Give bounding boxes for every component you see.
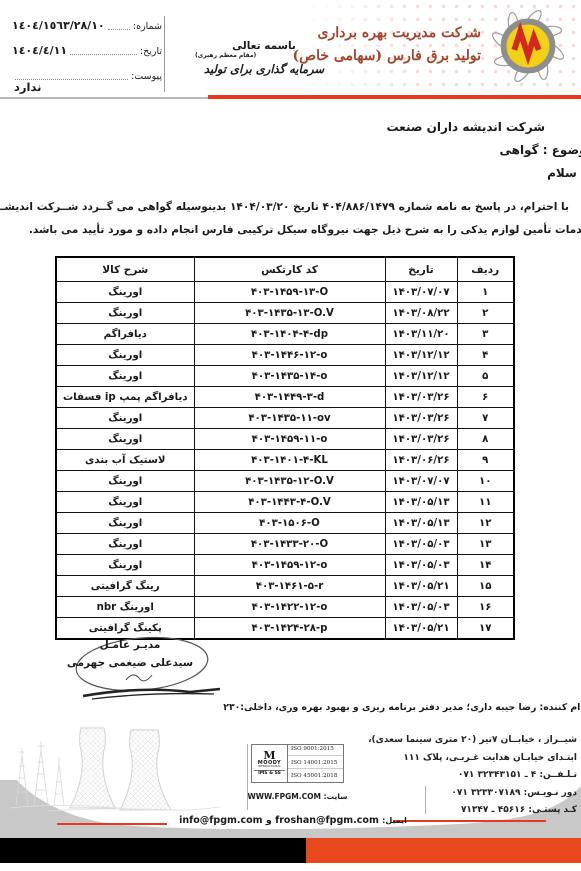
subject-line: موضوع : گواهی xyxy=(500,143,581,157)
cartex-code-cell: ۴۰۳-۱۴۴۶-۱۲-o xyxy=(194,345,385,366)
website-label: سایت: xyxy=(324,792,348,801)
phone-label: تـلـفــن: xyxy=(539,770,577,780)
cartex-code-cell: ۴۰۳-۱۴۴۳-۴-O.V xyxy=(194,492,385,513)
table-row: ۸ ۱۴۰۳/۰۳/۲۶ ۴۰۳-۱۴۵۹-۱۱-o اورینگ xyxy=(56,429,514,450)
table-header-row: ردیف تاریخ کد کارتکس شرح کالا xyxy=(56,257,514,282)
year-slogan: سرمایه گذاری برای تولید xyxy=(204,62,324,76)
date-cell: ۱۴۰۳/۰۷/۰۷ xyxy=(385,282,457,303)
row-number-cell: ۱۳ xyxy=(457,534,514,555)
parts-table: ردیف تاریخ کد کارتکس شرح کالا ۱ ۱۴۰۳/۰۷/… xyxy=(55,256,515,640)
row-number-cell: ۹ xyxy=(457,450,514,471)
postal-label: کـد پستـی: xyxy=(528,805,577,815)
table-row: ۱۳ ۱۴۰۳/۰۵/۰۳ ۴۰۳-۱۴۳۳-۲۰-O اورینگ xyxy=(56,534,514,555)
header-item-description: شرح کالا xyxy=(56,257,194,282)
salutation-line: با سلام xyxy=(547,166,581,180)
table-row: ۹ ۱۴۰۳/۰۶/۲۶ ۴۰۳-۱۴۰۱-۴-KL لاستیک آب بند… xyxy=(56,450,514,471)
letter-date-label: تاریخ: xyxy=(140,46,162,57)
signer-name: سیدعلی ضیغمی جهرمی xyxy=(30,657,230,669)
recipient-line: شرکت اندیشه داران صنعت xyxy=(386,120,545,134)
header-rule-gray xyxy=(0,97,220,99)
email-address-froshan[interactable]: froshan@fpgm.com xyxy=(275,815,379,826)
cartex-code-cell: ۴۰۳-۱۴۵۹-۱۱-o xyxy=(194,429,385,450)
table-row: ۴ ۱۴۰۳/۱۲/۱۲ ۴۰۳-۱۴۴۶-۱۲-o اورینگ xyxy=(56,345,514,366)
row-number-cell: ۱۵ xyxy=(457,576,514,597)
date-cell: ۱۴۰۳/۰۵/۲۱ xyxy=(385,576,457,597)
pylons-watermark xyxy=(16,741,64,806)
iso-list: ISO 9001:2015 ISO 14001:2015 ISO 45001:2… xyxy=(288,745,343,782)
date-cell: ۱۴۰۳/۰۵/۰۳ xyxy=(385,555,457,576)
cartex-code-cell: ۴۰۳-۱۴۴۹-۳-d xyxy=(194,387,385,408)
row-number-cell: ۱۴ xyxy=(457,555,514,576)
postal-code: ۷۱۳۴۷ ـ ۴۵۶۱۶ xyxy=(461,802,525,820)
table-body: ۱ ۱۴۰۳/۰۷/۰۷ ۴۰۳-۱۴۵۹-۱۳-O اورینگ ۲ ۱۴۰۳… xyxy=(56,282,514,640)
date-cell: ۱۴۰۳/۰۵/۲۱ xyxy=(385,618,457,640)
phone-number: ۰۷۱ ۳۲۳۴۳۱۵۱ ـ ۴ xyxy=(458,767,536,785)
fax-label: دور نـویـس: xyxy=(524,788,577,798)
row-number-cell: ۴ xyxy=(457,345,514,366)
date-cell: ۱۴۰۳/۰۶/۲۶ xyxy=(385,450,457,471)
table-row: ۱۱ ۱۴۰۳/۰۵/۱۳ ۴۰۳-۱۴۴۳-۴-O.V اورینگ xyxy=(56,492,514,513)
bottom-bar-orange xyxy=(306,838,581,863)
cartex-code-cell: ۴۰۳-۱۴۳۵-۱۲-O.V xyxy=(194,471,385,492)
row-number-cell: ۸ xyxy=(457,429,514,450)
letter-date-value: ١٤٠٤/٤/١١ xyxy=(12,44,67,57)
date-cell: ۱۴۰۳/۰۵/۰۳ xyxy=(385,534,457,555)
website-line: سایت: WWW.FPGM.COM xyxy=(240,792,355,801)
letter-number-value: ١٤٠٤/١٥٦٣/٢٨/١٠ xyxy=(12,19,105,32)
item-description-cell: دیافراگم پمپ ip فسفات xyxy=(56,387,194,408)
address-block: شیــراز ، خیابــان ۷تیر (۲۰ متری سینما س… xyxy=(368,732,577,820)
date-cell: ۱۴۰۳/۱۲/۱۲ xyxy=(385,366,457,387)
dotted-leader xyxy=(70,54,137,55)
date-cell: ۱۴۰۳/۰۳/۲۶ xyxy=(385,429,457,450)
cartex-code-cell: ۴۰۳-۱۴۶۱-۵-r xyxy=(194,576,385,597)
item-description-cell: اورینگ xyxy=(56,429,194,450)
item-description-cell: اورینگ xyxy=(56,471,194,492)
iso-entry: ISO 9001:2015 xyxy=(288,747,343,756)
table-row: ۵ ۱۴۰۳/۱۲/۱۲ ۴۰۳-۱۴۳۵-۱۴-o اورینگ xyxy=(56,366,514,387)
letter-number-row: شماره: ١٤٠٤/١٥٦٣/٢٨/١٠ xyxy=(12,16,162,32)
table-row: ۶ ۱۴۰۳/۰۳/۲۶ ۴۰۳-۱۴۴۹-۳-d دیافراگم پمپ i… xyxy=(56,387,514,408)
row-number-cell: ۱ xyxy=(457,282,514,303)
besmeleh-text: باسمه تعالی xyxy=(193,40,335,52)
date-cell: ۱۴۰۳/۰۳/۲۶ xyxy=(385,408,457,429)
row-number-cell: ۱۷ xyxy=(457,618,514,640)
item-description-cell: اورینگ xyxy=(56,555,194,576)
item-description-cell: اورینگ xyxy=(56,408,194,429)
row-number-cell: ۷ xyxy=(457,408,514,429)
table-row: ۳ ۱۴۰۳/۱۱/۲۰ ۴۰۳-۱۴۰۴-۴-dp دیافراگم xyxy=(56,324,514,345)
address-line1: شیــراز ، خیابــان ۷تیر (۲۰ متری سینما س… xyxy=(368,732,577,750)
table-row: ۱۰ ۱۴۰۳/۰۷/۰۷ ۴۰۳-۱۴۳۵-۱۲-O.V اورینگ xyxy=(56,471,514,492)
slogan-note: (مقام معظم رهبری) xyxy=(195,52,256,59)
action-officer-line: اقدام کننده: رضا جیبه داری؛ مدیر دفتر بر… xyxy=(223,702,581,713)
date-cell: ۱۴۰۳/۱۲/۱۲ xyxy=(385,345,457,366)
cartex-code-cell: ۴۰۳-۱۴۵۹-۱۲-o xyxy=(194,555,385,576)
letter-number-label: شماره: xyxy=(133,21,162,32)
attachment-label: پیوست: xyxy=(131,71,162,82)
date-cell: ۱۴۰۳/۰۵/۱۳ xyxy=(385,513,457,534)
iso-entry: ISO 45001:2018 xyxy=(288,773,343,780)
footer-red-underline-left xyxy=(57,823,167,825)
cartex-code-cell: ۴۰۳-۱۴۳۳-۲۰-O xyxy=(194,534,385,555)
meta-divider xyxy=(164,16,165,92)
company-logo-icon xyxy=(487,5,569,87)
table-row: ۱۴ ۱۴۰۳/۰۵/۰۳ ۴۰۳-۱۴۵۹-۱۲-o اورینگ xyxy=(56,555,514,576)
cartex-code-cell: ۴۰۳-۱۵۰۶-O xyxy=(194,513,385,534)
fax-number: ۰۷۱ ۳۲۳۳۰۷۱۸۹ xyxy=(451,785,520,803)
header-date: تاریخ xyxy=(385,257,457,282)
item-description-cell: اورینگ xyxy=(56,534,194,555)
cartex-code-cell: ۴۰۳-۱۴۰۱-۴-KL xyxy=(194,450,385,471)
iso-certification-box: M MOODY INTERNATIONAL IMS & SS ISO 9001:… xyxy=(251,744,344,783)
item-description-cell: اورینگ xyxy=(56,366,194,387)
item-description-cell: اورینگ xyxy=(56,303,194,324)
signer-title: مدیـر عامـل xyxy=(30,639,230,651)
item-description-cell: لاستیک آب بندی xyxy=(56,450,194,471)
row-number-cell: ۱۱ xyxy=(457,492,514,513)
row-number-cell: ۵ xyxy=(457,366,514,387)
email-label: ایمیل: xyxy=(382,816,407,825)
row-number-cell: ۳ xyxy=(457,324,514,345)
table-row: ۱۶ ۱۴۰۳/۰۵/۰۳ ۴۰۳-۱۴۲۲-۱۲-o اورینگ nbr xyxy=(56,597,514,618)
item-description-cell: اورینگ xyxy=(56,345,194,366)
row-number-cell: ۱۲ xyxy=(457,513,514,534)
letter-date-row: تاریخ: ١٤٠٤/٤/١١ xyxy=(12,41,162,57)
moody-ims: IMS & SS xyxy=(254,770,286,777)
moody-subtitle: INTERNATIONAL xyxy=(258,766,281,769)
fax-line: دور نـویـس: ۰۷۱ ۳۲۳۳۰۷۱۸۹ xyxy=(368,785,577,803)
table-row: ۱ ۱۴۰۳/۰۷/۰۷ ۴۰۳-۱۴۵۹-۱۳-O اورینگ xyxy=(56,282,514,303)
table-row: ۷ ۱۴۰۳/۰۳/۲۶ ۴۰۳-۱۴۳۵-۱۱-ov اورینگ xyxy=(56,408,514,429)
website-url[interactable]: WWW.FPGM.COM xyxy=(247,792,321,801)
item-description-cell: اورینگ nbr xyxy=(56,597,194,618)
bottom-bar-black xyxy=(0,838,306,863)
header-rule-red xyxy=(208,95,581,99)
date-cell: ۱۴۰۳/۰۷/۰۷ xyxy=(385,471,457,492)
table-row: ۲ ۱۴۰۳/۰۸/۲۲ ۴۰۳-۱۴۳۵-۱۳-O.V اورینگ xyxy=(56,303,514,324)
iso-entry: ISO 14001:2015 xyxy=(288,760,343,770)
item-description-cell: دیافراگم xyxy=(56,324,194,345)
cartex-code-cell: ۴۰۳-۱۴۲۲-۱۲-o xyxy=(194,597,385,618)
row-number-cell: ۲ xyxy=(457,303,514,324)
address-line2: ابتـدای خیابـان هدایت غـربـی، پلاک ۱۱۱ xyxy=(368,750,577,768)
date-cell: ۱۴۰۳/۰۳/۲۶ xyxy=(385,387,457,408)
header-row-number: ردیف xyxy=(457,257,514,282)
scanned-letter-page: شرکت مدیریت بهره برداری تولید برق فارس (… xyxy=(0,0,581,871)
row-number-cell: ۶ xyxy=(457,387,514,408)
signature-block: مدیـر عامـل سیدعلی ضیغمی جهرمی xyxy=(30,634,230,712)
moody-logo: M MOODY INTERNATIONAL IMS & SS xyxy=(252,745,288,782)
header-cartex-code: کد کارتکس xyxy=(194,257,385,282)
table-row: ۱۵ ۱۴۰۳/۰۵/۲۱ ۴۰۳-۱۴۶۱-۵-r رینگ گرافیتی xyxy=(56,576,514,597)
item-description-cell: اورینگ xyxy=(56,492,194,513)
powerplant-watermark xyxy=(8,726,220,812)
table-row: ۱۲ ۱۴۰۳/۰۵/۱۳ ۴۰۳-۱۵۰۶-O اورینگ xyxy=(56,513,514,534)
email-conjunction: و xyxy=(266,815,272,826)
date-cell: ۱۴۰۳/۱۱/۲۰ xyxy=(385,324,457,345)
date-cell: ۱۴۰۳/۰۵/۰۳ xyxy=(385,597,457,618)
body-paragraph-line2: خدمات تأمین لوازم یدکی را به شرح ذیل جهت… xyxy=(29,224,581,236)
email-line: ایمیل: froshan@fpgm.com و info@fpgm.com xyxy=(168,815,418,826)
dotted-leader xyxy=(108,29,130,30)
row-number-cell: ۱۶ xyxy=(457,597,514,618)
cartex-code-cell: ۴۰۳-۱۴۳۵-۱۴-o xyxy=(194,366,385,387)
body-paragraph-line1: با احترام، در پاسخ به نامه شماره ۴۰۴/۸۸۶… xyxy=(0,201,569,213)
besmeleh-block: باسمه تعالی (مقام معظم رهبری) سرمایه گذا… xyxy=(193,40,335,77)
date-cell: ۱۴۰۳/۰۵/۱۳ xyxy=(385,492,457,513)
cartex-code-cell: ۴۰۳-۱۴۳۵-۱۳-O.V xyxy=(194,303,385,324)
item-description-cell: رینگ گرافیتی xyxy=(56,576,194,597)
item-description-cell: اورینگ xyxy=(56,513,194,534)
cartex-code-cell: ۴۰۳-۱۴۳۵-۱۱-ov xyxy=(194,408,385,429)
attachment-value: ندارد xyxy=(14,80,41,94)
phone-line: تـلـفــن: ۰۷۱ ۳۲۳۴۳۱۵۱ ـ ۴ xyxy=(368,767,577,785)
row-number-cell: ۱۰ xyxy=(457,471,514,492)
item-description-cell: اورینگ xyxy=(56,282,194,303)
date-cell: ۱۴۰۳/۰۸/۲۲ xyxy=(385,303,457,324)
cartex-code-cell: ۴۰۳-۱۴۵۹-۱۳-O xyxy=(194,282,385,303)
email-address-info[interactable]: info@fpgm.com xyxy=(179,815,262,826)
cartex-code-cell: ۴۰۳-۱۴۰۴-۴-dp xyxy=(194,324,385,345)
